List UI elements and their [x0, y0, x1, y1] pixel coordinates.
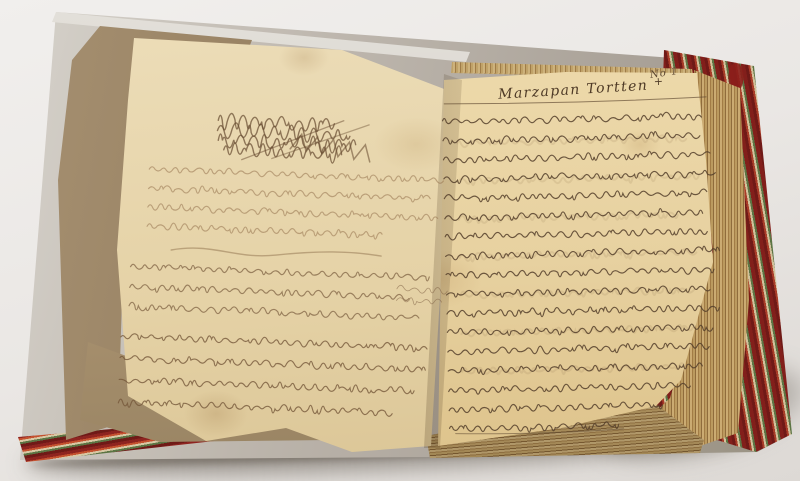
left-page-handwriting — [109, 98, 457, 446]
photo-of-antique-manuscript-book: Marzapan Tortten + No 1 — [0, 0, 800, 481]
right-page-handwriting — [436, 90, 729, 448]
